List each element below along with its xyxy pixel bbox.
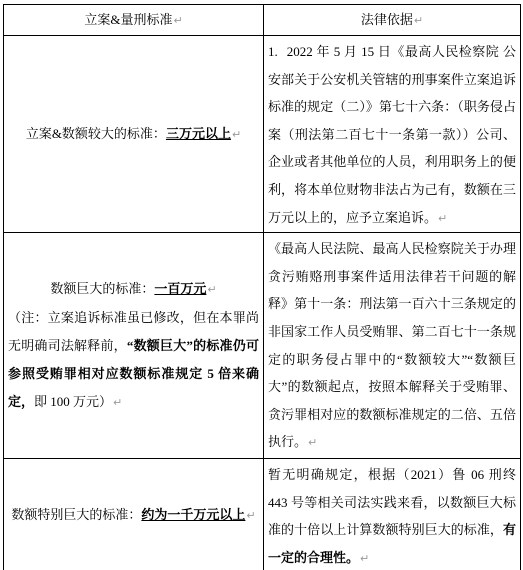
standard-label: 立案&数额较大的标准： bbox=[26, 126, 166, 141]
table-row-amount-especially-huge: 数额特别巨大的标准：约为一千万元以上↵ 暂无明确规定，根据（2021）鲁 06 … bbox=[4, 459, 521, 570]
standard-line: 立案&数额较大的标准：三万元以上↵ bbox=[8, 120, 259, 149]
paragraph-return-mark: ↵ bbox=[207, 276, 216, 304]
header-title-legal-basis: 法律依据 bbox=[361, 12, 413, 27]
legal-basis-paragraph: 1.2022 年 5 月 15 日《最高人民检察院 公安部关于公安机关管辖的刑事… bbox=[268, 38, 516, 232]
header-row: 立案&量刑标准↵ 法律依据↵ bbox=[4, 5, 521, 36]
standard-note: （注：立案追诉标准虽已修改，但在本罪尚无明确司法解释前，“数额巨大”的标准仍可参… bbox=[8, 304, 259, 417]
paragraph-return-mark: ↵ bbox=[414, 13, 423, 29]
cell-basis-amount-especially-huge: 暂无明确规定，根据（2021）鲁 06 刑终 443 号等相关司法实践来看，以数… bbox=[264, 459, 521, 570]
standard-threshold-value: 一百万元 bbox=[154, 281, 206, 296]
paragraph-return-mark: ↵ bbox=[360, 545, 369, 570]
standard-threshold-value: 三万元以上 bbox=[166, 126, 231, 141]
standard-line: 数额巨大的标准：一百万元↵ bbox=[8, 275, 259, 304]
cell-standard-amount-especially-huge: 数额特别巨大的标准：约为一千万元以上↵ bbox=[4, 459, 264, 570]
legal-basis-text: 暂无明确规定，根据（2021）鲁 06 刑终 443 号等相关司法实践来看，以数… bbox=[268, 467, 516, 537]
table-row-amount-large: 立案&数额较大的标准：三万元以上↵ 1.2022 年 5 月 15 日《最高人民… bbox=[4, 36, 521, 233]
standard-threshold-value: 约为一千万元以上 bbox=[141, 507, 245, 522]
list-number: 1. bbox=[268, 44, 278, 59]
header-cell-filing-standard: 立案&量刑标准↵ bbox=[4, 5, 264, 36]
standard-label: 数额巨大的标准： bbox=[50, 281, 154, 296]
cell-basis-amount-large: 1.2022 年 5 月 15 日《最高人民检察院 公安部关于公安机关管辖的刑事… bbox=[264, 36, 521, 233]
legal-basis-paragraph: 《最高人民法院、最高人民检察院关于办理贪污贿赂刑事案件适用法律若干问题的解释》第… bbox=[268, 235, 516, 457]
cell-standard-amount-huge: 数额巨大的标准：一百万元↵ （注：立案追诉标准虽已修改，但在本罪尚无明确司法解释… bbox=[4, 233, 264, 459]
header-cell-legal-basis: 法律依据↵ bbox=[264, 5, 521, 36]
table-row-amount-huge: 数额巨大的标准：一百万元↵ （注：立案追诉标准虽已修改，但在本罪尚无明确司法解释… bbox=[4, 233, 521, 459]
cell-basis-amount-huge: 《最高人民法院、最高人民检察院关于办理贪污贿赂刑事案件适用法律若干问题的解释》第… bbox=[264, 233, 521, 459]
cell-standard-amount-large: 立案&数额较大的标准：三万元以上↵ bbox=[4, 36, 264, 233]
standard-label: 数额特别巨大的标准： bbox=[11, 507, 141, 522]
legal-basis-text: 《最高人民法院、最高人民检察院关于办理贪污贿赂刑事案件适用法律若干问题的解释》第… bbox=[268, 241, 516, 449]
legal-standards-table: 立案&量刑标准↵ 法律依据↵ 立案&数额较大的标准：三万元以上↵ 1.2022 … bbox=[3, 4, 521, 570]
paragraph-return-mark: ↵ bbox=[113, 389, 122, 417]
paragraph-return-mark: ↵ bbox=[173, 13, 182, 29]
legal-basis-paragraph: 暂无明确规定，根据（2021）鲁 06 刑终 443 号等相关司法实践来看，以数… bbox=[268, 461, 516, 570]
paragraph-return-mark: ↵ bbox=[308, 429, 317, 457]
paragraph-return-mark: ↵ bbox=[438, 205, 447, 233]
standard-line: 数额特别巨大的标准：约为一千万元以上↵ bbox=[8, 501, 259, 530]
paragraph-return-mark: ↵ bbox=[246, 502, 255, 530]
legal-basis-text: 2022 年 5 月 15 日《最高人民检察院 公安部关于公安机关管辖的刑事案件… bbox=[268, 44, 516, 225]
paragraph-return-mark: ↵ bbox=[232, 121, 241, 149]
note-tail-text: 即 100 万元） bbox=[34, 394, 112, 409]
header-title-filing-standard: 立案&量刑标准 bbox=[84, 12, 172, 27]
